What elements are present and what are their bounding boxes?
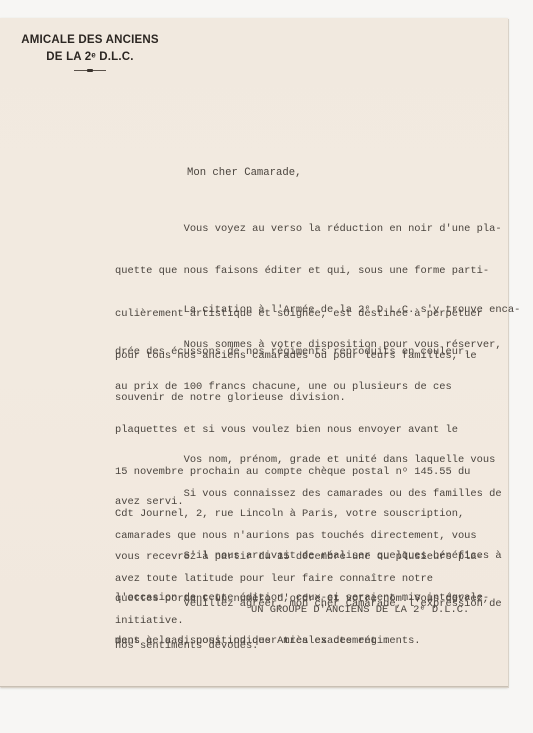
scanned-document: AMICALE DES ANCIENS DE LA 2ᵉ D.L.C. Mon … bbox=[0, 0, 533, 733]
letterhead-line-1: AMICALE DES ANCIENS bbox=[20, 32, 160, 49]
text-line: Nous sommes à votre disposition pour vou… bbox=[115, 338, 502, 352]
text-line: S'il nous arrivait de réaliser quelques … bbox=[115, 549, 502, 563]
ornament-divider-icon bbox=[74, 70, 106, 71]
text-line: Vous voyez au verso la réduction en noir… bbox=[115, 222, 502, 236]
text-line: nos sentiments dévoués. bbox=[115, 639, 502, 653]
paragraph-closing: Veuillez agréer, mon cher Camarade, l'ex… bbox=[115, 569, 502, 682]
letterhead-line-2: DE LA 2ᵉ D.L.C. bbox=[20, 49, 160, 66]
salutation: Mon cher Camarade, bbox=[187, 167, 301, 179]
letterhead: AMICALE DES ANCIENS DE LA 2ᵉ D.L.C. bbox=[20, 32, 160, 71]
text-line: Si vous connaissez des camarades ou des … bbox=[115, 487, 502, 501]
text-line: au prix de 100 francs chacune, une ou pl… bbox=[115, 380, 502, 394]
signature: UN GROUPE D'ANCIENS DE LA 2ᵉ D.L.C. bbox=[251, 604, 469, 616]
